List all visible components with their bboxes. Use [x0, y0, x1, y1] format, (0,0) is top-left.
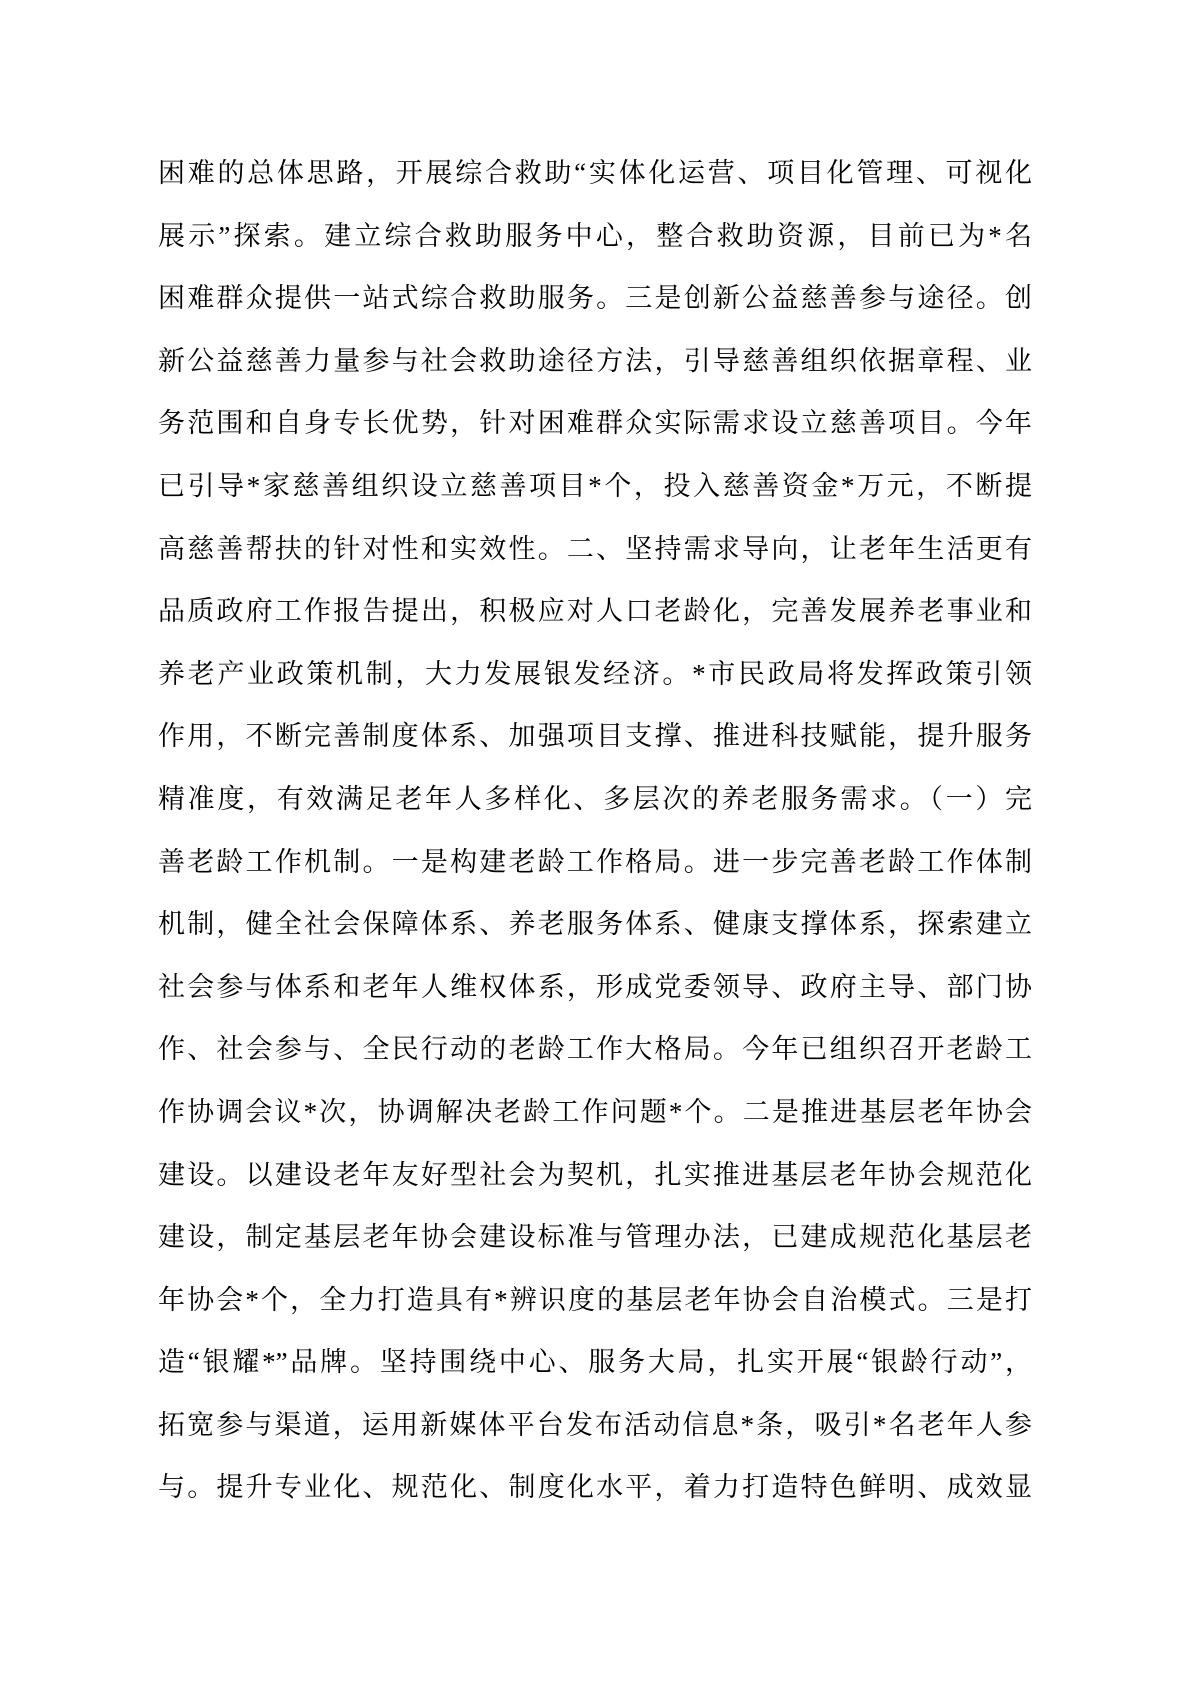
- text-line: 年协会*个，全力打造具有*辨识度的基层老年协会自治模式。三是打: [158, 1269, 1032, 1332]
- text-line: 拓宽参与渠道，运用新媒体平台发布活动信息*条，吸引*名老年人参: [158, 1394, 1032, 1457]
- text-line: 品质政府工作报告提出，积极应对人口老龄化，完善发展养老事业和: [158, 580, 1032, 643]
- text-line: 作协调会议*次，协调解决老龄工作问题*个。二是推进基层老年协会: [158, 1081, 1032, 1144]
- text-line: 展示”探索。建立综合救助服务中心，整合救助资源，目前已为*名: [158, 205, 1032, 268]
- text-line: 建设。以建设老年友好型社会为契机，扎实推进基层老年协会规范化: [158, 1144, 1032, 1207]
- paragraph-continuation: 困难的总体思路，开展综合救助“实体化运营、项目化管理、可视化 展示”探索。建立综…: [158, 142, 1032, 1519]
- text-line: 务范围和自身专长优势，针对困难群众实际需求设立慈善项目。今年: [158, 392, 1032, 455]
- document-page: 困难的总体思路，开展综合救助“实体化运营、项目化管理、可视化 展示”探索。建立综…: [0, 0, 1190, 1683]
- text-line: 机制，健全社会保障体系、养老服务体系、健康支撑体系，探索建立: [158, 893, 1032, 956]
- text-line: 社会参与体系和老年人维权体系，形成党委领导、政府主导、部门协: [158, 956, 1032, 1019]
- text-line: 新公益慈善力量参与社会救助途径方法，引导慈善组织依据章程、业: [158, 330, 1032, 393]
- text-line: 困难的总体思路，开展综合救助“实体化运营、项目化管理、可视化: [158, 142, 1032, 205]
- text-line: 造“银耀*”品牌。坚持围绕中心、服务大局，扎实开展“银龄行动”，: [158, 1331, 1032, 1394]
- text-line: 与。提升专业化、规范化、制度化水平，着力打造特色鲜明、成效显: [158, 1456, 1032, 1519]
- text-line: 高慈善帮扶的针对性和实效性。二、坚持需求导向，让老年生活更有: [158, 518, 1032, 581]
- text-line: 建设，制定基层老年协会建设标准与管理办法，已建成规范化基层老: [158, 1206, 1032, 1269]
- text-line: 已引导*家慈善组织设立慈善项目*个，投入慈善资金*万元，不断提: [158, 455, 1032, 518]
- text-line: 善老龄工作机制。一是构建老龄工作格局。进一步完善老龄工作体制: [158, 831, 1032, 894]
- text-line: 作用，不断完善制度体系、加强项目支撑、推进科技赋能，提升服务: [158, 705, 1032, 768]
- text-line: 养老产业政策机制，大力发展银发经济。*市民政局将发挥政策引领: [158, 643, 1032, 706]
- text-line: 作、社会参与、全民行动的老龄工作大格局。今年已组织召开老龄工: [158, 1018, 1032, 1081]
- text-line: 精准度，有效满足老年人多样化、多层次的养老服务需求。（一）完: [158, 768, 1032, 831]
- text-line: 困难群众提供一站式综合救助服务。三是创新公益慈善参与途径。创: [158, 267, 1032, 330]
